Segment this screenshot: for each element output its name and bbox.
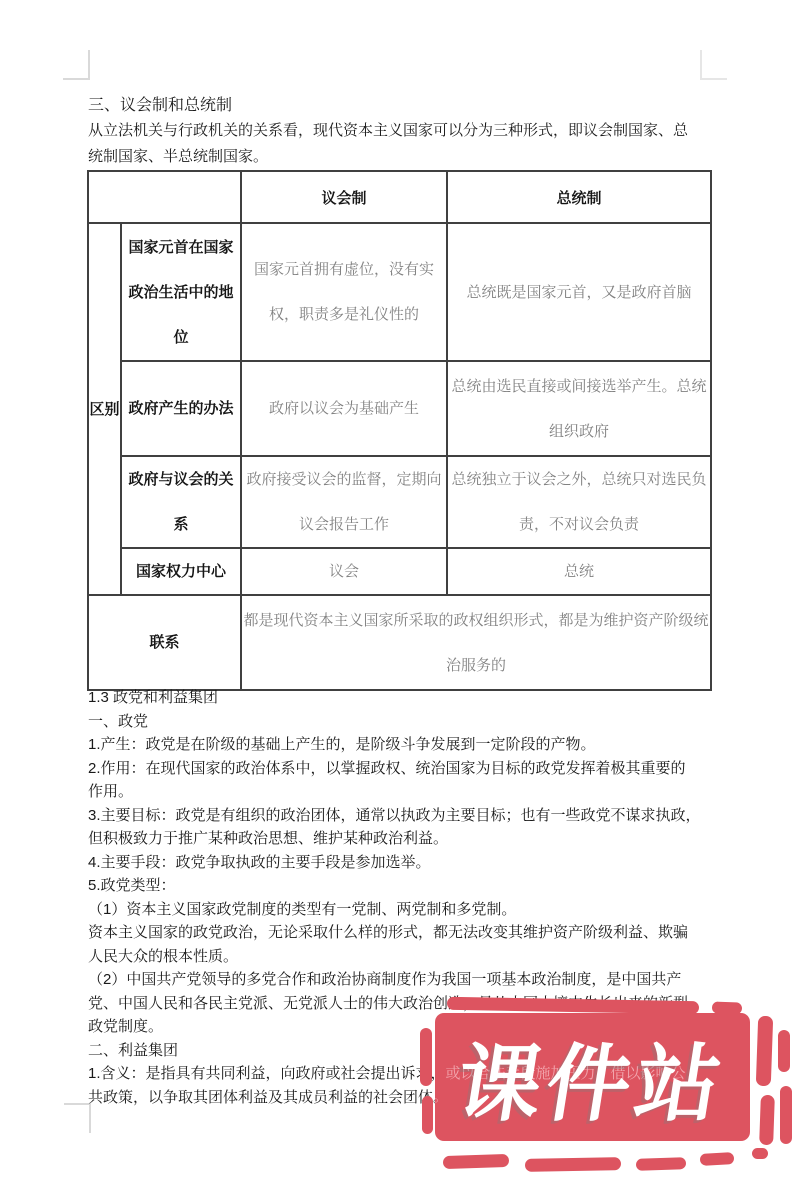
table-row: 区别 国家元首在国家政治生活中的地位 国家元首拥有虚位，没有实权，职责多是礼仪性… [88, 223, 711, 361]
table-row: 政府产生的办法 政府以议会为基础产生 总统由选民直接或间接选举产生。总统组织政府 [88, 361, 711, 456]
stamp-frame-stroke [759, 1095, 775, 1145]
table-header-empty-cell [88, 171, 241, 223]
table-header-parliamentary: 议会制 [241, 171, 447, 223]
table-row: 国家权力中心 议会 总统 [88, 548, 711, 595]
stamp-frame-stroke [420, 1028, 432, 1086]
body-line: 人民大众的根本性质。 [88, 945, 701, 969]
stamp-text: 课件站 [425, 1013, 760, 1141]
link-row-content: 都是现代资本主义国家所采取的政权组织形式，都是为维护资产阶级统治服务的 [241, 595, 711, 690]
page-corner-mark-top-right [700, 50, 727, 80]
row-group-label: 区别 [88, 223, 121, 595]
row-label: 政府产生的办法 [121, 361, 241, 456]
page-corner-mark-top-left [63, 50, 90, 80]
body-line: 资本主义国家的政党政治，无论采取什么样的形式，都无法改变其维护资产阶级利益、欺骗 [88, 921, 701, 945]
cell-parliamentary: 议会 [241, 548, 447, 595]
stamp-frame-stroke [700, 1152, 735, 1166]
intro-line: 从立法机关与行政机关的关系看，现代资本主义国家可以分为三种形式，即议会制国家、总 [88, 118, 688, 144]
row-label: 国家权力中心 [121, 548, 241, 595]
table-header-row: 议会制 总统制 [88, 171, 711, 223]
page-corner-mark-bottom-left [64, 1103, 91, 1133]
intro-paragraph: 从立法机关与行政机关的关系看，现代资本主义国家可以分为三种形式，即议会制国家、总… [88, 118, 688, 170]
body-line: 3.主要目标：政党是有组织的政治团体，通常以执政为主要目标；也有一些政党不谋求执… [88, 804, 701, 828]
table-row: 政府与议会的关系 政府接受议会的监督，定期向议会报告工作 总统独立于议会之外，总… [88, 456, 711, 548]
table-header-presidential: 总统制 [447, 171, 711, 223]
stamp-frame-stroke [756, 1016, 773, 1086]
row-label: 国家元首在国家政治生活中的地位 [121, 223, 241, 361]
body-line: 一、政党 [88, 710, 701, 734]
table-link-row: 联系 都是现代资本主义国家所采取的政权组织形式，都是为维护资产阶级统治服务的 [88, 595, 711, 690]
link-row-label: 联系 [88, 595, 241, 690]
cell-parliamentary: 国家元首拥有虚位，没有实权，职责多是礼仪性的 [241, 223, 447, 361]
cell-parliamentary: 政府以议会为基础产生 [241, 361, 447, 456]
body-line: 1.产生：政党是在阶级的基础上产生的，是阶级斗争发展到一定阶段的产物。 [88, 733, 701, 757]
cell-presidential: 总统独立于议会之外，总统只对选民负责，不对议会负责 [447, 456, 711, 548]
stamp-frame-stroke [752, 1148, 768, 1159]
body-line: 2.作用：在现代国家的政治体系中，以掌握政权、统治国家为目标的政党发挥着极其重要… [88, 757, 701, 781]
stamp-frame-stroke [443, 1154, 509, 1169]
stamp-frame-stroke [525, 1157, 621, 1172]
cell-parliamentary: 政府接受议会的监督，定期向议会报告工作 [241, 456, 447, 548]
stamp-frame-stroke [778, 1030, 790, 1072]
cell-presidential: 总统 [447, 548, 711, 595]
body-line: （1）资本主义国家政党制度的类型有一党制、两党制和多党制。 [88, 898, 701, 922]
body-line: 1.3 政党和利益集团 [88, 686, 701, 710]
comparison-table: 议会制 总统制 区别 国家元首在国家政治生活中的地位 国家元首拥有虚位，没有实权… [87, 170, 712, 691]
cell-presidential: 总统由选民直接或间接选举产生。总统组织政府 [447, 361, 711, 456]
body-line: （2）中国共产党领导的多党合作和政治协商制度作为我国一项基本政治制度，是中国共产 [88, 968, 701, 992]
stamp-frame-stroke [780, 1086, 792, 1144]
intro-line: 统制国家、半总统制国家。 [88, 144, 688, 170]
row-label: 政府与议会的关系 [121, 456, 241, 548]
section-title: 三、议会制和总统制 [88, 92, 232, 115]
body-line: 5.政党类型： [88, 874, 701, 898]
body-line: 4.主要手段：政党争取执政的主要手段是参加选举。 [88, 851, 701, 875]
body-line: 但积极致力于推广某种政治思想、维护某种政治利益。 [88, 827, 701, 851]
body-line: 作用。 [88, 780, 701, 804]
document-page: 三、议会制和总统制 从立法机关与行政机关的关系看，现代资本主义国家可以分为三种形… [0, 0, 800, 1200]
stamp-frame-stroke [636, 1157, 686, 1171]
cell-presidential: 总统既是国家元首，又是政府首脑 [447, 223, 711, 361]
